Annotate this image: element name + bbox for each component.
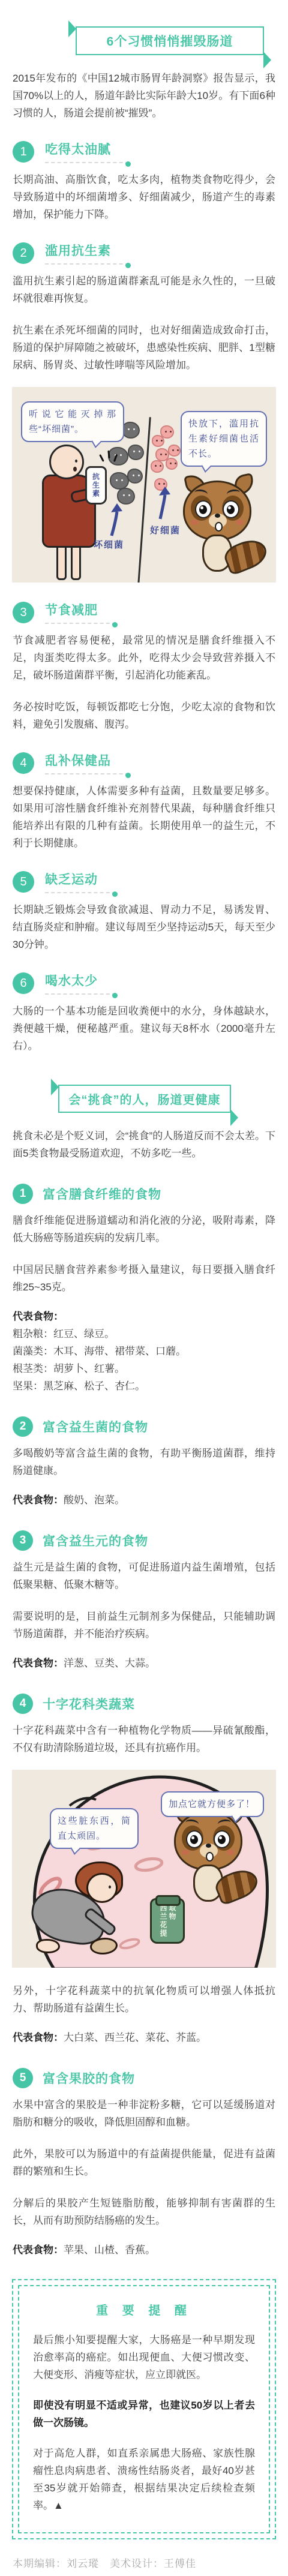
- food-heading-3: 3 富含益生元的食物: [13, 1530, 275, 1551]
- habit-title-wrap: 节食减肥: [45, 601, 98, 624]
- underline-dot: [112, 891, 118, 897]
- food-paragraph: 中国居民膳食营养素参考摄入量建议，每日要摄入膳食纤维25~35克。: [13, 1261, 275, 1296]
- dashed-underline: [45, 993, 116, 995]
- person-mouth: [73, 467, 77, 472]
- habit-paragraph: 大肠的一个基本功能是回收粪便中的水分，身体越缺水，粪便越干燥，便秘越严重。建议每…: [13, 1002, 275, 1055]
- habit-heading-2: 2 滥用抗生素: [13, 241, 275, 265]
- representative-inline: 酸奶、泡菜。: [64, 1494, 125, 1506]
- banner-title: 6个习惯悄悄摧毁肠道: [76, 26, 264, 55]
- broccoli-cartoon: 这些脏东西，简直太顽固。 加点它就方便多了！ 西兰花提取物: [12, 1770, 276, 1968]
- raccoon-nose: [215, 514, 220, 518]
- dashed-underline: [45, 773, 129, 774]
- banner-arrow-icon: [68, 20, 76, 37]
- raccoon-blush: [191, 520, 199, 525]
- raccoon-eye: [195, 500, 212, 518]
- dashed-underline: [45, 263, 129, 265]
- representative-foods: 代表食物： 粗杂粮：红豆、绿豆。 菌藻类：木耳、海带、裙带菜、口蘑。 根茎类：胡…: [13, 1308, 275, 1395]
- habit-number-badge: 5: [13, 871, 34, 893]
- habit-title-wrap: 乱补保健品: [45, 751, 111, 774]
- person-leg: [71, 543, 81, 580]
- banner-picky-eaters: 会“挑食”的人，肠道更健康: [58, 1085, 231, 1113]
- important-reminder-inner: 重 要 提 醒 最后熊小知要提醒大家，大肠癌是一种早期发现治愈率高的癌症。如出现…: [18, 2285, 270, 2533]
- food-heading-4: 4 十字花科类蔬菜: [13, 1694, 275, 1714]
- habit-title: 喝水太少: [45, 974, 98, 988]
- raccoon-mouth: [215, 522, 223, 532]
- habit-number-badge: 4: [13, 752, 34, 774]
- bad-bacteria-blob: [110, 472, 129, 490]
- habit-title: 乱补保健品: [45, 754, 111, 768]
- habit-title: 节食减肥: [45, 604, 98, 617]
- banner-arrow-icon: [51, 1079, 59, 1095]
- habit-paragraph: 长期缺乏锻炼会导致食欲减退、胃动力不足，易诱发胃、结直肠炎症和肿瘤。建议每周至少…: [13, 901, 275, 953]
- underline-dot: [112, 993, 118, 998]
- banner-arrow-icon: [230, 1109, 238, 1126]
- dashed-underline: [45, 623, 116, 624]
- food-title: 富含益生元的食物: [43, 1532, 148, 1550]
- broccoli-extract-jar: 西兰花提取物: [150, 1898, 185, 1944]
- woman-head: [86, 1873, 118, 1903]
- raccoon-blush: [236, 520, 244, 525]
- food-number-badge: 1: [13, 1184, 33, 1204]
- food-paragraph: 益生元是益生菌的食物，可促进肠道内益生菌增殖，包括低聚果糖、低聚木糖等。: [13, 1559, 275, 1593]
- habit-paragraph: 抗生素在杀死坏细菌的同时，也对好细菌造成致命打击，肠道的保护屏障随之被破坏，患感…: [13, 322, 275, 374]
- important-reminder-box: 重 要 提 醒 最后熊小知要提醒大家，大肠癌是一种早期发现治愈率高的癌症。如出现…: [12, 2279, 276, 2539]
- representative-line: 坚果：黑芝麻、松子、杏仁。: [13, 1377, 275, 1395]
- underline-dot: [125, 263, 131, 268]
- habit-heading-3: 3 节食减肥: [13, 601, 275, 624]
- food-paragraph: 此外，果胶可以为肠道中的有益菌提供能量，促进有益菌群的繁殖和生长。: [13, 2145, 275, 2180]
- good-bacteria-blob: [152, 435, 164, 447]
- underline-dot: [125, 161, 131, 167]
- habit-heading-5: 5 缺乏运动: [13, 870, 275, 893]
- habit-paragraph: 想要保持健康，人体需要多种有益菌，且数量要足够多。如果用可溶性膳食纤维补充剂替代…: [13, 782, 275, 852]
- divider-line: [137, 417, 151, 583]
- raccoon-head: [174, 1811, 242, 1871]
- bad-bacteria-blob: [127, 469, 143, 484]
- speech-bubble-woman: 这些脏东西，简直太顽固。: [50, 1808, 139, 1849]
- habit-title: 缺乏运动: [45, 873, 98, 887]
- good-bacteria-blob: [166, 458, 178, 470]
- reminder-paragraph-bold: 即使没有明显不适或异常，也建议50岁以上者去做一次肠镜。: [33, 2397, 255, 2431]
- person-head: [49, 445, 84, 479]
- representative-foods: 代表食物：洋葱、豆类、大蒜。: [13, 1655, 275, 1672]
- habit-title: 吃得太油腻: [45, 143, 111, 157]
- habit-number-badge: 6: [13, 972, 34, 994]
- raccoon-eye: [186, 1830, 203, 1848]
- underline-dot: [112, 622, 118, 628]
- intro-paragraph: 2015年发布的《中国12城市肠胃年龄洞察》报告显示，我国70%以上的人，肠道年…: [13, 70, 275, 122]
- representative-foods: 代表食物：大白菜、西兰花、菜花、芥蓝。: [13, 2029, 275, 2046]
- bad-bacteria-blob: [122, 422, 140, 439]
- food-title: 十字花科类蔬菜: [43, 1695, 135, 1713]
- habit-heading-6: 6 喝水太少: [13, 971, 275, 995]
- speech-bubble-raccoon: 加点它就方便多了！: [161, 1791, 264, 1817]
- food-paragraph: 多喝酸奶等富含益生菌的食物，有助平衡肠道菌群，维持肠道健康。: [13, 1445, 275, 1479]
- good-bacteria-label: 好细菌: [150, 524, 181, 536]
- food-heading-1: 1 富含膳食纤维的食物: [13, 1184, 275, 1204]
- editor-credits: 本期编辑：刘云瑽 美术设计：王傅佳: [13, 2555, 275, 2570]
- person-leg: [56, 543, 67, 580]
- raccoon-eye: [223, 500, 239, 518]
- habit-number-badge: 2: [13, 242, 34, 264]
- food-paragraph: 十字花科蔬菜中含有一种植物化学物质——异硫氰酸酯，不仅有助清除肠道垃圾，还具有抗…: [13, 1722, 275, 1757]
- raccoon-nose: [206, 1844, 211, 1848]
- food-paragraph: 分解后的果胶产生短链脂肪酸，能够抑制有害菌群的生长，从而有助预防结肠癌的发生。: [13, 2194, 275, 2229]
- woman-foot: [36, 1939, 60, 1953]
- food-paragraph: 需要说明的是，目前益生元制剂多为保健品，只能辅助调节肠道菌群，并不能治疗疾病。: [13, 1608, 275, 1643]
- up-arrow-icon: [108, 503, 124, 537]
- up-arrow-icon: [156, 487, 172, 520]
- article-page: 6个习惯悄悄摧毁肠道 2015年发布的《中国12城市肠胃年龄洞察》报告显示，我国…: [0, 0, 288, 2576]
- habit-heading-1: 1 吃得太油腻: [13, 140, 275, 163]
- representative-foods: 代表食物：酸奶、泡菜。: [13, 1491, 275, 1509]
- woman-eye: [109, 1886, 111, 1889]
- food-paragraph: 水果中富含的果胶是一种非淀粉多糖，它可以延缓肠道对脂肪和糖分的吸收，降低胆固醇和…: [13, 2096, 275, 2131]
- food-number-badge: 4: [13, 1694, 33, 1714]
- food-heading-5: 5 富含果胶的食物: [13, 2068, 275, 2088]
- food-paragraph: 另外，十字花科蔬菜中的抗氧化物质可以增强人体抵抗力、帮助肠道有益菌生长。: [13, 1982, 275, 2017]
- habit-title-wrap: 喝水太少: [45, 971, 98, 995]
- good-bacteria-blob: [168, 445, 181, 457]
- dashed-underline: [45, 892, 116, 893]
- raccoon-mascot: [173, 1805, 251, 1907]
- bad-bacteria-blob: [117, 488, 135, 505]
- raccoon-eye: [214, 1830, 230, 1848]
- representative-inline: 苹果、山楂、香蕉。: [64, 2244, 155, 2256]
- food-heading-2: 2 富含益生菌的食物: [13, 1416, 275, 1437]
- habit-title-wrap: 缺乏运动: [45, 870, 98, 893]
- raccoon-head: [183, 481, 251, 541]
- bottle-label: 抗生素: [91, 473, 101, 498]
- representative-label: 代表食物：: [13, 1308, 275, 1325]
- representative-line: 菌藻类：木耳、海带、裙带菜、口蘑。: [13, 1343, 275, 1360]
- representative-line: 根茎类：胡萝卜、红薯。: [13, 1360, 275, 1377]
- reminder-paragraph: 最后熊小知要提醒大家，大肠癌是一种早期发现治愈率高的癌症。如出现便血、大便习惯改…: [33, 2331, 255, 2383]
- person-eye: [75, 460, 77, 463]
- spray-mark: [99, 454, 104, 462]
- raccoon-mascot: [182, 475, 260, 577]
- banner-habits: 6个习惯悄悄摧毁肠道: [76, 26, 264, 55]
- jar-label: 西兰花提取物: [158, 1904, 176, 1938]
- dashed-underline: [45, 162, 129, 163]
- food-number-badge: 2: [13, 1416, 33, 1437]
- good-bacteria-blob: [151, 460, 164, 473]
- raccoon-mouth: [206, 1852, 214, 1862]
- habit-number-badge: 3: [13, 602, 34, 623]
- intro-paragraph: 挑食未必是个贬义词，会“挑食”的人肠道反而不会太差。下面5类食物最受肠道欢迎，不…: [13, 1127, 275, 1162]
- habit-number-badge: 1: [13, 141, 34, 163]
- reminder-paragraph: 对于高危人群，如直系亲属患大肠癌、家族性腺瘤性息肉病患者、溃疡性结肠炎者，最好4…: [33, 2445, 255, 2514]
- representative-inline: 洋葱、豆类、大蒜。: [64, 1658, 155, 1669]
- habit-title: 滥用抗生素: [45, 244, 111, 258]
- antibiotic-bottle: 抗生素: [85, 466, 107, 505]
- banner-arrow-icon: [263, 52, 271, 68]
- habit-paragraph: 滥用抗生素引起的肠道菌群紊乱可能是永久性的，一旦破坏就很难再恢复。: [13, 272, 275, 307]
- food-number-badge: 3: [13, 1530, 33, 1551]
- food-paragraph: 膳食纤维能促进肠道蠕动和消化液的分泌，吸附毒素，降低大肠癌等肠道疾病的发病几率。: [13, 1212, 275, 1247]
- bad-bacteria-blob: [128, 445, 144, 460]
- banner-title: 会“挑食”的人，肠道更健康: [58, 1085, 231, 1113]
- speech-bubble-person: 听说它能灭掉那些“坏细菌”。: [21, 401, 124, 442]
- food-title: 富含膳食纤维的食物: [43, 1185, 161, 1203]
- habit-title-wrap: 吃得太油腻: [45, 140, 111, 163]
- bad-bacteria-label: 坏细菌: [94, 538, 124, 551]
- raccoon-blush: [227, 1850, 235, 1855]
- food-title: 富含果胶的食物: [43, 2069, 135, 2087]
- representative-foods: 代表食物：苹果、山楂、香蕉。: [13, 2241, 275, 2259]
- representative-line: 粗杂粮：红豆、绿豆。: [13, 1325, 275, 1343]
- raccoon-blush: [182, 1850, 190, 1855]
- representative-inline: 大白菜、西兰花、菜花、芥蓝。: [64, 2032, 206, 2043]
- antibiotics-cartoon: 听说它能灭掉那些“坏细菌”。 快放下，滥用抗生素好细菌也活不长。 抗生素: [12, 387, 276, 583]
- reminder-title: 重 要 提 醒: [33, 2301, 255, 2318]
- habit-paragraph: 务必按时吃饭，每顿饭都吃七分饱，少吃太凉的食物和饮料，避免引发腹痛、腹泻。: [13, 698, 275, 733]
- habit-heading-4: 4 乱补保健品: [13, 751, 275, 774]
- underline-dot: [125, 773, 131, 778]
- food-title: 富含益生菌的食物: [43, 1418, 148, 1436]
- habit-paragraph: 长期高油、高脂饮食，吃太多肉，植物类食物吃得少，会导致肠道中的坏细菌增多、好细菌…: [13, 171, 275, 223]
- food-number-badge: 5: [13, 2068, 33, 2088]
- habit-paragraph: 节食减肥者容易便秘，最常见的情况是膳食纤维摄入不足，肉蛋类吃得太多。此外，吃得太…: [13, 632, 275, 684]
- habit-title-wrap: 滥用抗生素: [45, 241, 111, 265]
- speech-bubble-raccoon: 快放下，滥用抗生素好细菌也活不长。: [181, 411, 267, 467]
- bad-bacteria-blob: [108, 447, 128, 466]
